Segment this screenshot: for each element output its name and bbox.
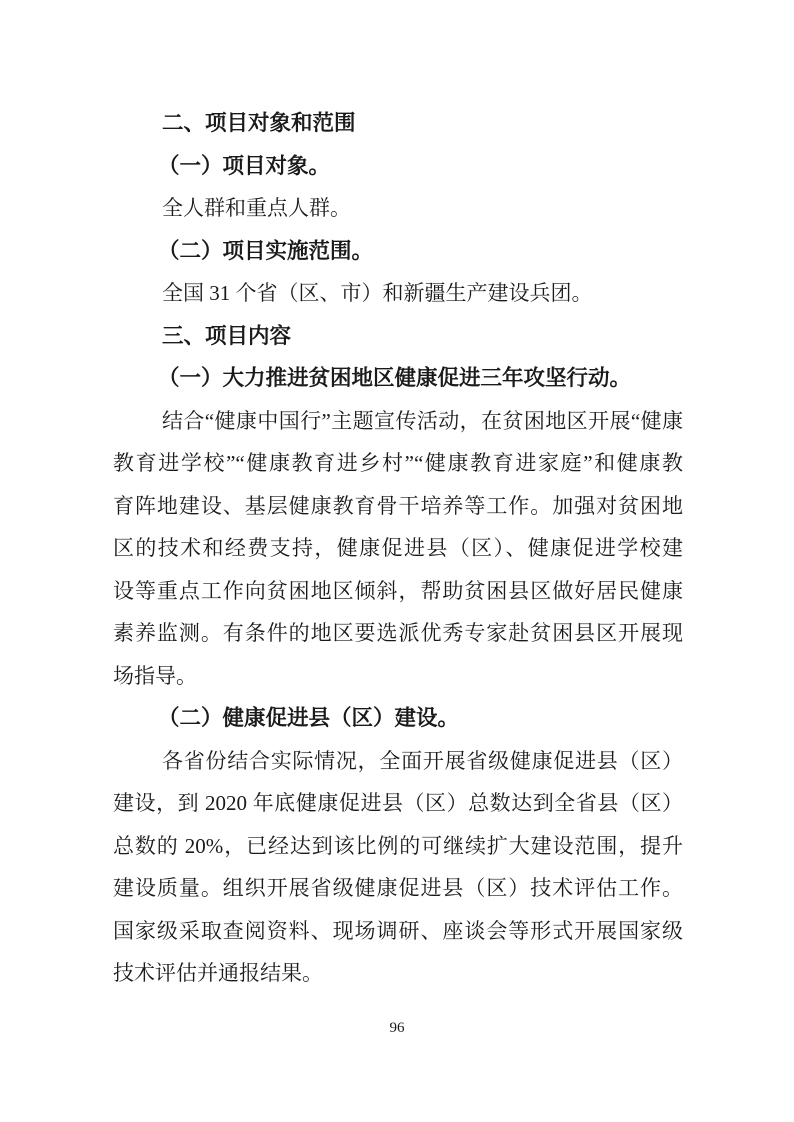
paragraph-line: 建设，到 2020 年底健康促进县（区）总数达到全省县（区） xyxy=(113,782,683,825)
subsection-heading-3-2: （二）健康促进县（区）建设。 xyxy=(113,697,683,740)
document-page: 二、项目对象和范围（一）项目对象。全人群和重点人群。（二）项目实施范围。全国 3… xyxy=(0,0,794,1122)
paragraph-line: 教育进学校”“健康教育进乡村”“健康教育进家庭”和健康教 xyxy=(113,442,683,485)
paragraph-line: 全人群和重点人群。 xyxy=(113,187,683,230)
paragraph-line: 全国 31 个省（区、市）和新疆生产建设兵团。 xyxy=(113,272,683,315)
paragraph-line: 育阵地建设、基层健康教育骨干培养等工作。加强对贫困地 xyxy=(113,485,683,528)
paragraph-line: 各省份结合实际情况，全面开展省级健康促进县（区） xyxy=(113,740,683,783)
paragraph-line: 技术评估并通报结果。 xyxy=(113,952,683,995)
section-heading-2: 二、项目对象和范围 xyxy=(113,102,683,145)
paragraph-line: 结合“健康中国行”主题宣传活动，在贫困地区开展“健康 xyxy=(113,400,683,443)
paragraph-line: 素养监测。有条件的地区要选派优秀专家赴贫困县区开展现 xyxy=(113,612,683,655)
page-footer: 96 xyxy=(0,1019,794,1037)
paragraph-line: 区的技术和经费支持，健康促进县（区）、健康促进学校建 xyxy=(113,527,683,570)
section-heading-3: 三、项目内容 xyxy=(113,315,683,358)
paragraph-line: 国家级采取查阅资料、现场调研、座谈会等形式开展国家级 xyxy=(113,910,683,953)
subsection-heading-2-2: （二）项目实施范围。 xyxy=(113,230,683,273)
paragraph-line: 建设质量。组织开展省级健康促进县（区）技术评估工作。 xyxy=(113,867,683,910)
paragraph-line: 设等重点工作向贫困地区倾斜，帮助贫困县区做好居民健康 xyxy=(113,570,683,613)
page-number: 96 xyxy=(390,1020,405,1036)
subsection-heading-2-1: （一）项目对象。 xyxy=(113,145,683,188)
paragraph-line: 总数的 20%，已经达到该比例的可继续扩大建设范围，提升 xyxy=(113,825,683,868)
subsection-heading-3-1: （一）大力推进贫困地区健康促进三年攻坚行动。 xyxy=(113,357,683,400)
paragraph-line: 场指导。 xyxy=(113,655,683,698)
document-body: 二、项目对象和范围（一）项目对象。全人群和重点人群。（二）项目实施范围。全国 3… xyxy=(113,102,683,995)
